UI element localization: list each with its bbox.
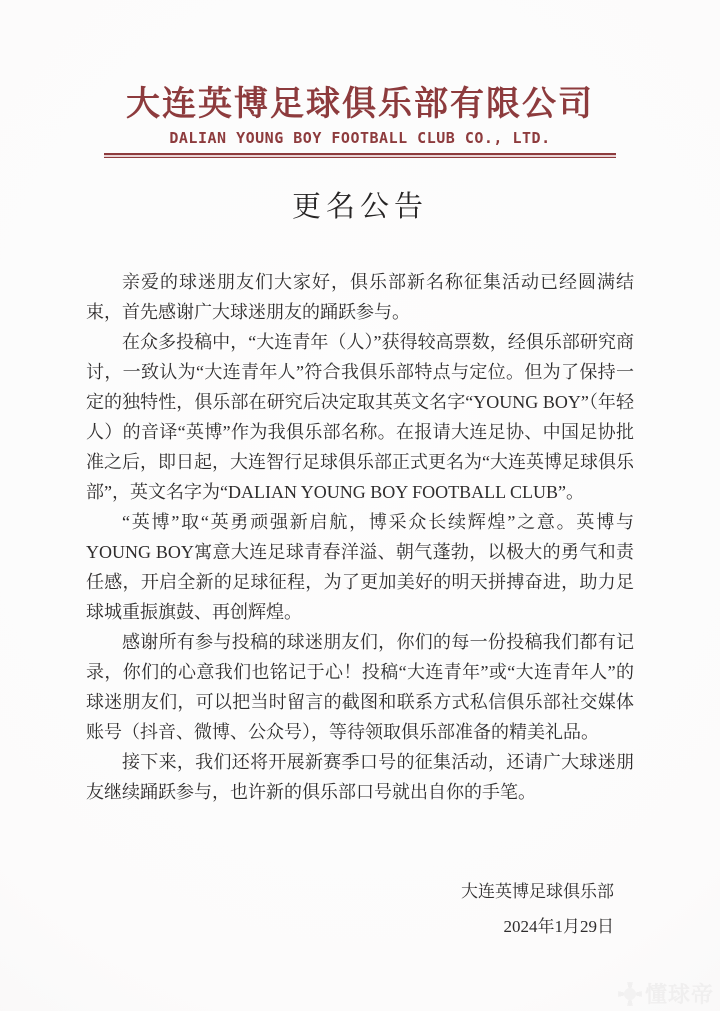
company-name-cn: 大连英博足球俱乐部有限公司 — [0, 84, 720, 124]
letterhead-divider — [104, 153, 616, 158]
announcement-document: 大连英博足球俱乐部有限公司 DALIAN YOUNG BOY FOOTBALL … — [0, 0, 720, 1011]
letterhead: 大连英博足球俱乐部有限公司 DALIAN YOUNG BOY FOOTBALL … — [0, 0, 720, 158]
paragraph-next: 接下来，我们还将开展新赛季口号的征集活动，还请广大球迷朋友继续踊跃参与，也许新的… — [86, 747, 634, 807]
paragraph-greeting: 亲爱的球迷朋友们大家好，俱乐部新名称征集活动已经圆满结束，首先感谢广大球迷朋友的… — [86, 267, 634, 327]
watermark-label: 懂球帝 — [645, 978, 714, 1009]
signature-block: 大连英博足球俱乐部 2024年1月29日 — [0, 877, 720, 942]
paragraph-meaning: “英博”取“英勇顽强新启航，博采众长续辉煌”之意。英博与YOUNG BOY寓意大… — [86, 507, 634, 627]
document-body: 亲爱的球迷朋友们大家好，俱乐部新名称征集活动已经圆满结束，首先感谢广大球迷朋友的… — [86, 267, 634, 807]
football-icon — [618, 982, 642, 1006]
signature-date: 2024年1月29日 — [0, 912, 614, 942]
company-name-en: DALIAN YOUNG BOY FOOTBALL CLUB CO., LTD. — [0, 129, 720, 147]
paragraph-thanks: 感谢所有参与投稿的球迷朋友们，你们的每一份投稿我们都有记录，你们的心意我们也铭记… — [86, 627, 634, 747]
watermark: 懂球帝 — [618, 978, 714, 1009]
document-title: 更名公告 — [0, 191, 720, 223]
signature-club-name: 大连英博足球俱乐部 — [0, 877, 614, 907]
paragraph-naming: 在众多投稿中，“大连青年（人）”获得较高票数，经俱乐部研究商讨，一致认为“大连青… — [86, 327, 634, 507]
